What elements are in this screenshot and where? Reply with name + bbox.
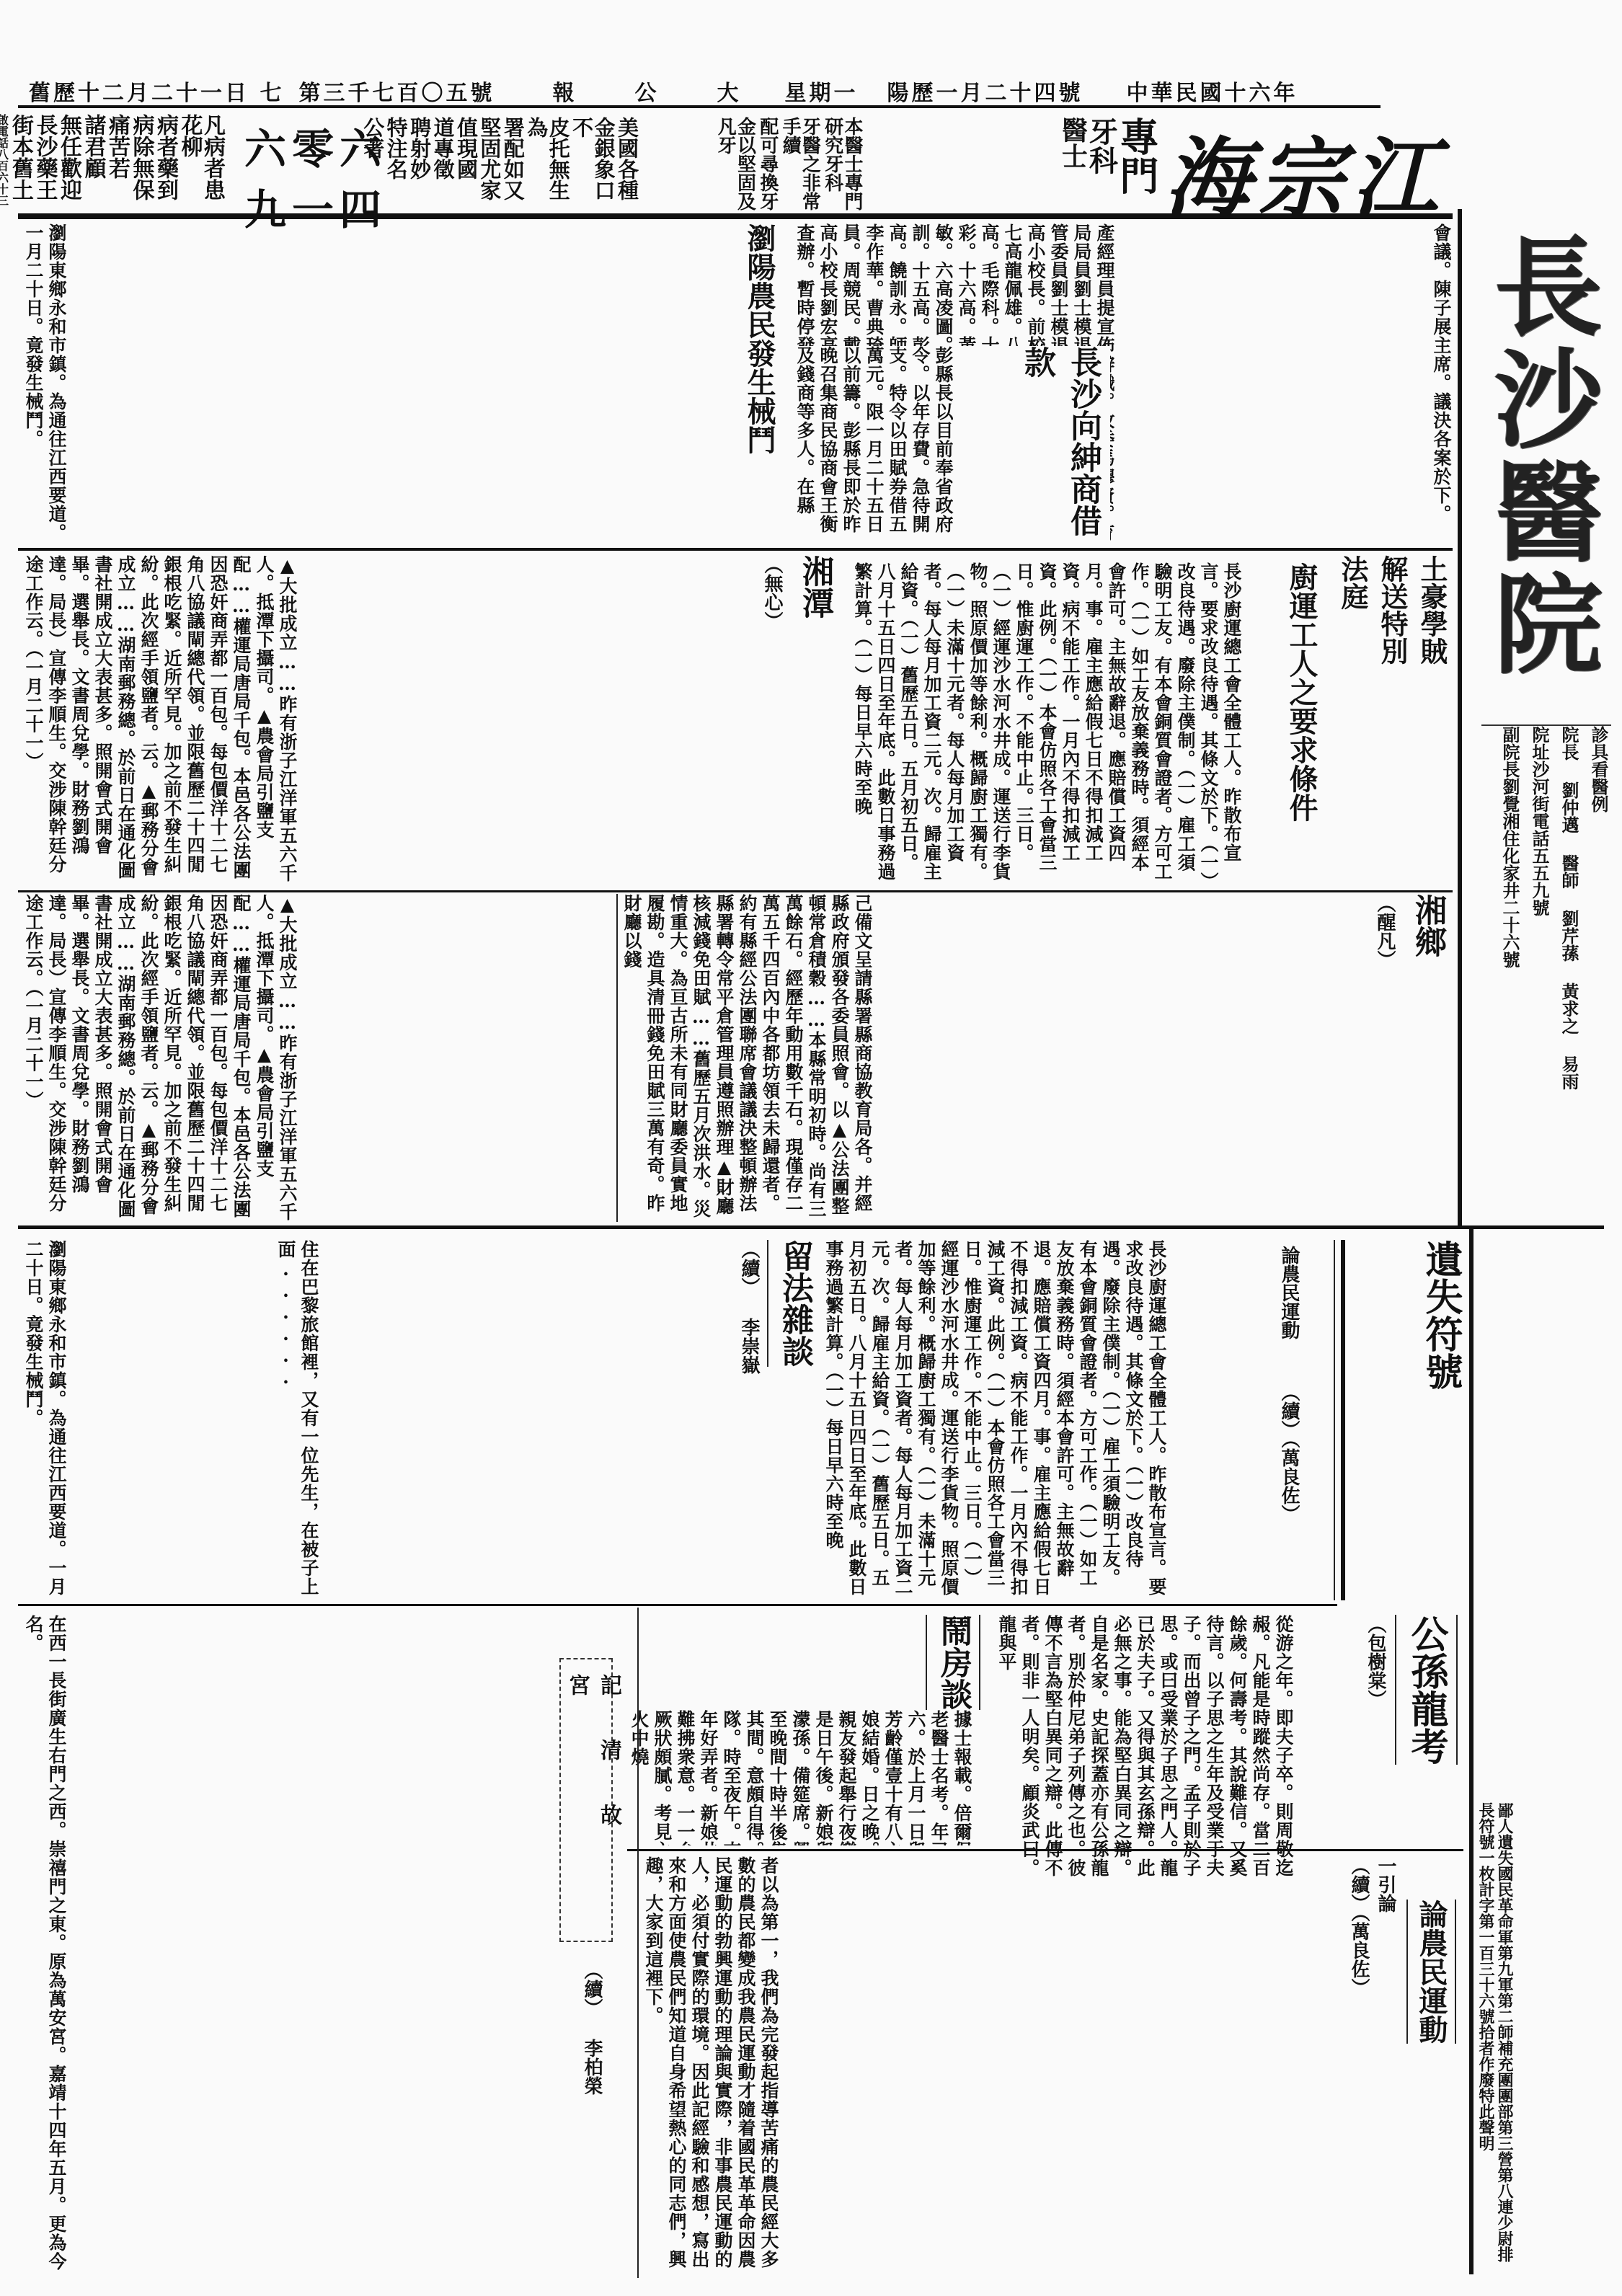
article-peasant-movement: 論農民運動 一引論 （續）（萬良佐） 者以為第一，我們為完發起指導苦痛的農民經大… [642,1856,1463,2274]
column-byline: （續）（萬良佐） [1276,1383,1303,1523]
masthead-border [1458,209,1462,1225]
column-vocation: 論農民運動 （續）（萬良佐） [1276,1240,1335,1600]
section-title: 湘潭 [792,555,838,619]
ad-col: 諸君顧 [81,114,105,211]
section-title: 湘鄉 [1404,894,1450,957]
ad-col: 值現國 [456,117,477,210]
ad-col: 金以堅固及凡牙 [715,117,755,210]
ad-col: 痛苦若 [106,114,129,211]
ad-col: 病除無保 [130,114,153,211]
dateline-issue: 號五〇百七千三第 [298,75,495,107]
masthead-info-line: 副院長劉覺湘住化家井二十六號 [1497,726,1523,1101]
article-headline: 留法雜談 [767,1240,817,1367]
ad-col: 配可尋換牙 [758,117,777,210]
dental-materials-ad: 美國各種 金銀象口不 皮托無生為 署配如又 堅固尤家 值現國 道專徵 聘射妙 特… [393,117,638,210]
article-naofang: 鬧房談 據士報載。倍爾保地方。有老醫士名考。年已六十有六。於上月一日與萱公立業芳… [627,1615,988,1845]
article-laiyun: 瀏陽東鄉永和市鎮。為通往江西要道。一月二十日。竟發生械鬥。 [22,1240,270,1600]
dateline-weekday: 一期星 [784,75,858,107]
article-loan: 長沙向紳商借款 彭縣長以目前奉省政府令。以年存費。急待開支。特令以田賦券借五萬元… [793,346,1110,544]
dateline-paper-da: 大 [717,75,741,107]
mid-rule-1 [18,548,1453,551]
article-cook-workers: 廚運工人之要求條件 長沙廚運總工會全體工人。昨散布宣言。要求改良待遇。其條文於下… [851,562,1326,887]
dateline-paper-gong: 公 [634,75,659,107]
article-byline: （續） 李柏榮 [579,1961,606,2095]
column-subtitle: 論農民運動 [1276,1246,1303,1339]
article-byline: （續） 李崇嶽 [736,1240,763,1374]
ad-col: 啟電話八百六十三號 [0,114,8,211]
ad-col: 美國各種 [616,117,638,210]
masthead-info-line: 診具看醫例 [1586,726,1611,1101]
ad-side: 醫士 [1059,117,1086,210]
article-byline: （包樹棠） [1362,1615,1389,1708]
column-divider [637,1608,639,2278]
masthead-title: 長沙醫院 [1485,231,1593,681]
dateline-year: 年六十國民華中 [1126,75,1298,107]
notice-body: 鄙人遺失國民革命軍第九軍第二師補充團團部第三營第八連少尉排長符號一枚計字第一百三… [1476,1802,1514,2271]
article-body: 彭縣長以目前奉省政府令。以年存費。急待開支。特令以田賦券借五萬元。限一月二十五日… [793,346,954,544]
article-subhead: 一引論 [1373,1856,1399,1912]
headline-box: 記清故宮 [559,1658,613,1942]
article-xiangtan: 湘潭 （無心） ▲大批成立……昨有浙子江洋軍五六千人。抵潭下攝司。▲農會局引鹽支… [22,555,843,887]
article-headline: 瀏陽農民發生械鬥 [739,223,780,454]
masthead-info-line: 院長 劉仲邁 醫師 劉芹蓀 黃求之 易雨 [1556,726,1582,1101]
notice-headline: 遺失符號 [1414,1240,1468,1390]
ad-col: 牙醫之非常手續 [780,117,820,210]
column-divider [616,894,618,1222]
article-body: 己備文呈請縣署縣商協教育局各。并經縣政府頒發各委員照會。以▲公法團整頓常倉積穀…… [620,894,874,1222]
article-headline: 公孫龍考 [1395,1615,1458,1765]
ad-col: 特注名 [385,117,407,210]
article-xiangxiang: 湘鄉 （醒凡） 己備文呈請縣署縣商協教育局各。并經縣政府頒發各委員照會。以▲公法… [620,894,1456,1222]
article-body: 住在巴黎旅館裡，又有一位先生，在被子上面...... [274,1240,320,1600]
article-body: 據士報載。倍爾保地方。有老醫士名考。年已六十有六。於上月一日與萱公立業芳齡僅壹十… [627,1710,973,1845]
article-headline: 鬧房談 [926,1615,980,1710]
dateline-paper-bao: 報 [552,75,577,107]
article-headline: 長沙向紳商借款 [1014,346,1106,544]
dateline: 七 日一十二月二十歷舊 號五〇百七千三第 報 公 大 一期星 號四十二月一歷陽 … [29,78,1240,104]
ad-col: 聘射妙 [409,117,430,210]
ad-big-name: 江宗海 [1164,110,1445,234]
article-gongsun-long: 公孫龍考 （包樹棠） 從游之年。即夫子卒。則周敬迄赧。凡能是時蹤然尚存。當二百餘… [995,1615,1463,1881]
mid-rule-2 [18,890,1453,892]
ad-col: 道專徵 [432,117,453,210]
ad-col: 金銀象口不 [571,117,615,210]
article-headline: 論農民運動 [1406,1900,1456,2044]
supplement-right-border [1469,1229,1473,2274]
upper-band-bottom-rule [18,1225,1604,1229]
article-byline: （醒凡） [1372,894,1399,969]
ad-col: 公著 [362,117,384,210]
ad-col: 無任歡迎 [58,114,81,211]
article-body: 瀏陽東鄉永和市鎮。為通往江西要道。一月二十日。竟發生械鬥。 [22,1240,68,1600]
dateline-solar: 號四十二月一歷陽 [887,75,1083,107]
ad-side: 專門 [1116,117,1157,210]
article-byline: （無心） [759,555,786,630]
article-body: 在西一長街廣生右門之西。崇禧門之東。原為萬安宮。嘉靖十四年五月。更為今名。 [22,1615,68,2271]
article-body: ▲大批成立……昨有浙子江洋軍五六千人。抵潭下攝司。▲農會局引鹽支配……權運局唐局… [22,894,298,1222]
article-body: 長沙廚運總工會全體工人。昨散布宣言。要求改良待遇。其條文於下。（一）改良待遇。廢… [851,562,1243,887]
ad-side: 牙科 [1086,117,1116,210]
article-body: 長沙廚運總工會全體工人。昨散布宣言。要求改良待遇。其條文於下。（一）改良待遇。廢… [822,1240,1168,1600]
masthead-info: 診具看醫例 院長 劉仲邁 醫師 劉芹蓀 黃求之 易雨 院址沙河街電話五五九號 副… [1481,724,1611,1101]
article-lead: 會議。陳子展主席。議決各案於下。 [1430,223,1453,544]
article-headline: 土豪學賊解送特別法庭 [1333,555,1452,685]
ad-col: 堅固尤家 [479,117,500,210]
ad-col: 病者藥到 [154,114,177,211]
ad-col: 凡病者患花柳 [178,114,223,211]
article-byline: （續）（萬良佐） [1346,1856,1373,1997]
zhou-notice-headline-block: 遺失符號 [1341,1240,1468,1600]
ad-col: 皮托無生為 [526,117,570,210]
article-body: 瀏陽東鄉永和市鎮。為通往江西要道。一月二十日。竟發生械鬥。 [22,223,68,544]
article-body: ▲大批成立……昨有浙子江洋軍五六千人。抵潭下攝司。▲農會局引鹽支配……權運局唐局… [22,555,298,887]
dateline-rule [18,105,1381,108]
article-peasant-fight: 瀏陽農民發生械鬥 瀏陽東鄉永和市鎮。為通往江西要道。一月二十日。竟發生械鬥。 [22,223,786,544]
masthead-info-line: 院址沙河街電話五五九號 [1527,726,1552,1101]
article-headline: 記清故宮 [561,1674,624,1926]
article-vocation-body: 長沙廚運總工會全體工人。昨散布宣言。要求改良待遇。其條文於下。（一）改良待遇。廢… [822,1240,1269,1600]
ad-col: 街本舊土 [9,114,32,211]
article-body: 者以為第一，我們為完發起指導苦痛的農民經大多數的農民都變成我農民運動才隨着國民革… [642,1856,780,2274]
pharmacy-ad: 凡病者患花柳 病者藥到 病除無保 痛苦若 諸君顧 無任歡迎 長沙藥王 街本舊土 … [22,114,223,211]
dateline-page-lunar: 七 日一十二月二十歷舊 [29,75,284,107]
article-liuyang: ▲大批成立……昨有浙子江洋軍五六千人。抵潭下攝司。▲農會局引鹽支配……權運局唐局… [22,894,613,1222]
dental-ad-jiang: 本醫士專門研究牙科 牙醫之非常手續 配可尋換牙 金以堅固及凡牙 專門 牙科 醫士… [645,117,1445,210]
zhou-notice: 鄙人遺失國民革命軍第九軍第二師補充團團部第三營第八連少尉排長符號一枚計字第一百三… [1476,1802,1613,2271]
lower-mid-rule [18,1604,1337,1606]
ad-col: 署配如又 [502,117,523,210]
ad-col: 長沙藥王 [33,114,56,211]
naofang-bottom-rule [627,1849,1463,1851]
article-qing-palace: 記清故宮 在西一長街廣生右門之西。崇禧門之東。原為萬安宮。嘉靖十四年五月。更為今… [22,1615,634,2271]
ad-col: 本醫士專門研究牙科 [822,117,861,210]
article-liufa: 留法雜談 （續） 李崇嶽 住在巴黎旅館裡，又有一位先生，在被子上面...... [274,1240,822,1600]
lost-notice [1476,1233,1613,1795]
article-headline: 廚運工人之要求條件 [1281,562,1322,822]
article-body: 從游之年。即夫子卒。則周敬迄赧。凡能是時蹤然尚存。當二百餘歲。何壽考。其說難信。… [995,1615,1295,1881]
